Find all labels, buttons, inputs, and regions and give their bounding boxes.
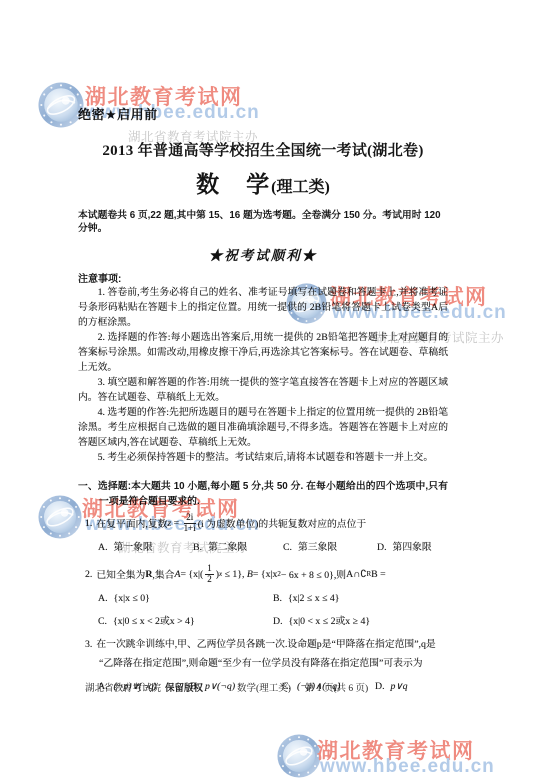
notice-item-5: 5. 考生必须保持答题卡的整洁。考试结束后,请将本试题卷和答题卡一并上交。	[78, 450, 448, 465]
question-3-stem: 3.在一次跳伞训练中,甲、乙两位学员各跳一次.设命题p是“甲降落在指定范围”,q…	[78, 636, 448, 673]
option-text: 第二象限	[208, 542, 247, 553]
options-row-2: C.{x|0 ≤ x < 2或x > 4} D.{x|0 < x ≤ 2或x ≥…	[98, 613, 448, 627]
option-c: C.第三象限	[283, 541, 377, 554]
option-c: C.{x|0 ≤ x < 2或x > 4}	[98, 613, 273, 627]
paper-intro: 本试题卷共 6 页,22 题,其中第 15、16 题为选考题。全卷满分 150 …	[78, 209, 448, 235]
question-text: 已知全集为	[96, 567, 145, 581]
exam-title: 2013 年普通高等学校招生全国统一考试(湖北卷)	[78, 139, 448, 160]
option-d: D.第四象限	[377, 541, 432, 554]
options-row-1: A.{x|x ≤ 0} B.{x|2 ≤ x ≤ 4}	[98, 593, 448, 604]
option-text: {x|x ≤ 0}	[114, 593, 150, 604]
exam-paper-page: 湖北教育考试网 www.hbee.edu.cn 湖北省教育考试院主办 湖北教育考…	[0, 0, 550, 778]
option-label: C.	[283, 542, 292, 553]
math-expr: B =	[371, 569, 386, 580]
question-text-post: (i 为虚数单位)的共轭复数对应的点位于	[198, 516, 366, 530]
option-label: D.	[377, 542, 387, 553]
notice-title: 注意事项:	[78, 270, 448, 285]
question-number: 3.	[85, 639, 92, 650]
question-2: 2.已知全集为 R,集合 A = {x|(12)x ≤ 1}, B = {x|x…	[78, 561, 448, 627]
option-d: D.{x|0 < x ≤ 2或x ≥ 4}	[273, 613, 448, 627]
question-text: ,集合	[152, 567, 174, 581]
footer-subject: 数学(理工类)	[237, 680, 291, 694]
math-fraction: 2i1+i	[184, 513, 196, 534]
question-2-options: A.{x|x ≤ 0} B.{x|2 ≤ x ≤ 4} C.{x|0 ≤ x <…	[78, 593, 448, 627]
exam-wish: ★祝考试顺利★	[78, 244, 448, 264]
math-equals: =	[171, 518, 181, 529]
option-text: 第一象限	[114, 542, 153, 553]
option-label: A.	[98, 542, 108, 553]
option-label: A.	[98, 593, 108, 604]
option-text: {x|2 ≤ x ≤ 4}	[288, 593, 340, 604]
option-text: {x|0 < x ≤ 2或x ≥ 4}	[289, 616, 371, 627]
page-footer: 湖北省教育考试院 保留版权 数学(理工类) 第 1 页(共 6 页)	[78, 680, 458, 694]
notice-item-3: 3. 填空题和解答题的作答:用统一提供的签字笔直接答在答题卡上对应的答题区域内。…	[78, 375, 448, 405]
watermark-site-name: 湖北教育考试网	[317, 735, 475, 765]
question-number: 2.	[85, 569, 92, 580]
question-text: 在复平面内,复数	[96, 516, 167, 530]
fraction-numerator: 2i	[184, 513, 196, 524]
fraction-denominator: 1+i	[184, 524, 196, 534]
question-number: 1.	[85, 518, 92, 529]
section-choice-header: 一、选择题:本大题共 10 小题,每小题 5 分,共 50 分. 在每小题给出的…	[78, 479, 448, 509]
question-text-line1: 在一次跳伞训练中,甲、乙两位学员各跳一次.设命题p是“甲降落在指定范围”,q是	[96, 639, 435, 650]
hbee-globe-logo-icon	[277, 734, 321, 778]
fraction-numerator: 1	[205, 564, 214, 575]
math-fraction: 12	[205, 564, 214, 585]
question-2-stem: 2.已知全集为 R,集合 A = {x|(12)x ≤ 1}, B = {x|x…	[78, 561, 448, 587]
math-complement: A∩∁	[346, 569, 366, 580]
watermark-bottom-right: 湖北教育考试网 www.hbee.edu.cn	[277, 732, 507, 778]
question-1-options: A.第一象限 B.第二象限 C.第三象限 D.第四象限	[78, 541, 448, 554]
option-b: B.{x|2 ≤ x ≤ 4}	[273, 593, 448, 604]
option-label: D.	[273, 616, 283, 627]
question-1-stem: 1.在复平面内,复数 z = 2i1+i(i 为虚数单位)的共轭复数对应的点位于	[78, 510, 448, 536]
subject-type: (理工类)	[271, 179, 330, 196]
math-expr: ≤ 1},	[222, 569, 247, 580]
math-expr: − 6x + 8 ≤ 0},则	[281, 567, 346, 581]
option-a: A.第一象限	[98, 541, 193, 554]
footer-publisher: 湖北省教育考试院	[85, 680, 161, 694]
notice-item-2: 2. 选择题的作答:每小题选出答案后,用统一提供的 2B铅笔把答题卡上对应题目的…	[78, 330, 448, 375]
option-b: B.第二象限	[193, 541, 283, 554]
option-label: C.	[98, 616, 107, 627]
question-1: 1.在复平面内,复数 z = 2i1+i(i 为虚数单位)的共轭复数对应的点位于…	[78, 510, 448, 554]
option-label: B.	[193, 542, 202, 553]
classification-label: 绝密★启用前	[78, 104, 448, 123]
question-text-line2: “乙降落在指定范围”,则命题“至少有一位学员没有降落在指定范围”可表示为	[99, 655, 448, 674]
math-expr: = {x|(	[180, 569, 203, 580]
option-text: 第四象限	[393, 542, 432, 553]
math-expr: = {x|x	[253, 569, 277, 580]
notice-item-4: 4. 选考题的作答:先把所选题目的题号在答题卡上指定的位置用统一提供的 2B铅笔…	[78, 405, 448, 450]
notice-item-1: 1. 答卷前,考生务必将自己的姓名、准考证号填写在试题卷和答题卡上,并将准考证号…	[78, 285, 448, 330]
watermark-site-url: www.hbee.edu.cn	[320, 756, 495, 778]
hbee-globe-logo-icon	[38, 495, 82, 539]
subject-name: 数 学	[196, 172, 271, 197]
option-text: {x|0 ≤ x < 2或x > 4}	[113, 616, 195, 627]
option-a: A.{x|x ≤ 0}	[98, 593, 273, 604]
footer-page-number: 第 1 页(共 6 页)	[305, 680, 368, 694]
footer-copyright: 保留版权	[165, 680, 203, 694]
subject-title: 数 学(理工类)	[78, 166, 448, 199]
option-label: B.	[273, 593, 282, 604]
exam-content: 绝密★启用前 2013 年普通高等学校招生全国统一考试(湖北卷) 数 学(理工类…	[78, 104, 448, 693]
option-text: 第三象限	[298, 542, 337, 553]
fraction-denominator: 2	[205, 575, 214, 585]
